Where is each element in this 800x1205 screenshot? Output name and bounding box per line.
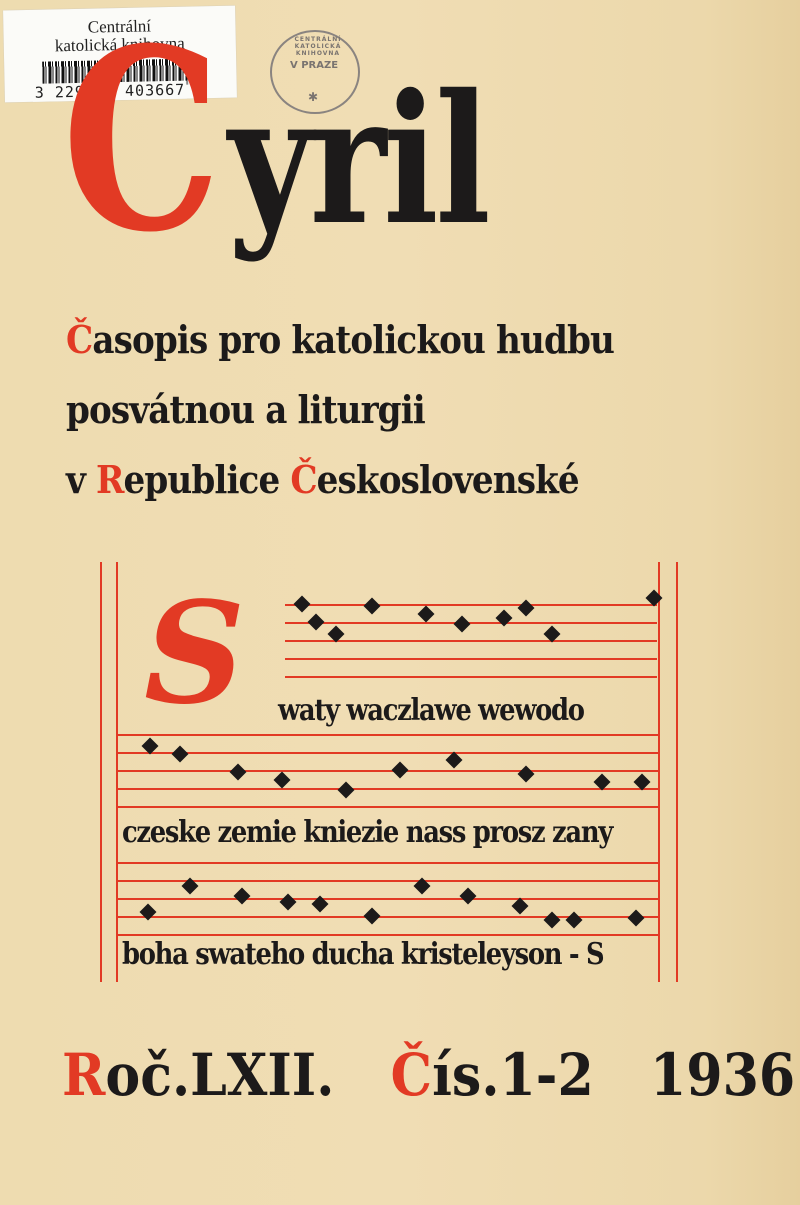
note [418, 606, 435, 623]
subtitle-line-2: posvátnou a liturgii [66, 388, 425, 432]
note [364, 908, 381, 925]
staff-line [118, 770, 658, 772]
subtitle-v: v [66, 457, 96, 502]
subtitle-initial-c: Č [66, 317, 92, 362]
staff-line [285, 640, 657, 642]
staff-line [118, 898, 658, 900]
note [628, 910, 645, 927]
chant-notation: S waty waczlawe wewodo czeske zemie knie… [100, 562, 680, 982]
staff-border-left-inner [116, 562, 118, 982]
staff-border-right-inner [658, 562, 660, 982]
staff-line [118, 862, 658, 864]
note [364, 598, 381, 615]
note [566, 912, 583, 929]
subtitle-line-1-text: asopis pro katolickou hudbu [92, 317, 614, 362]
cislo-text: ís.1-2 [432, 1041, 594, 1109]
staff-line [285, 658, 657, 660]
staff-border-left-outer [100, 562, 102, 982]
subtitle-line-3: v Republice Československé [66, 458, 579, 502]
staff-line [118, 880, 658, 882]
note [338, 782, 355, 799]
note [294, 596, 311, 613]
chant-lyric-2: czeske zemie kniezie nass prosz zany [122, 816, 612, 850]
rocnik-initial: R [62, 1041, 105, 1109]
staff-line [285, 622, 657, 624]
subtitle-initial-c2: Č [290, 457, 316, 502]
note [512, 898, 529, 915]
staff-line [118, 788, 658, 790]
subtitle-line-1: Časopis pro katolickou hudbu [66, 318, 614, 362]
rocnik-text: oč.LXII. [105, 1041, 334, 1109]
masthead-initial: C [62, 40, 221, 240]
chant-initial-s: S [144, 584, 245, 724]
cislo-initial: Č [391, 1041, 433, 1109]
note [392, 762, 409, 779]
issue-info: Roč.LXII. Čís.1-2 1936 [62, 1040, 795, 1110]
staff-border-right-outer [676, 562, 678, 982]
note [308, 614, 325, 631]
staff-line [118, 806, 658, 808]
staff-line [285, 676, 657, 678]
subtitle-initial-r: R [96, 457, 124, 502]
note [446, 752, 463, 769]
note [234, 888, 251, 905]
note [172, 746, 189, 763]
staff-line [285, 604, 657, 606]
staff-line [118, 934, 658, 936]
chant-lyric-3: boha swateho ducha kristeleyson - S [122, 938, 603, 972]
subtitle-republice: epublice [124, 457, 291, 502]
note [518, 600, 535, 617]
note [518, 766, 535, 783]
note [280, 894, 297, 911]
note [544, 912, 561, 929]
issue-year: 1936 [650, 1041, 795, 1109]
staff-line [118, 734, 658, 736]
stamp-ring-text: CENTRÁLNÍ KATOLICKÁ KNIHOVNA [278, 36, 358, 57]
note [454, 616, 471, 633]
masthead-title: yril [228, 60, 487, 260]
note [274, 772, 291, 789]
note [230, 764, 247, 781]
subtitle-ceskoslovenske: eskoslovenské [317, 457, 579, 502]
staff-line [118, 752, 658, 754]
note [460, 888, 477, 905]
chant-lyric-1: waty waczlawe wewodo [278, 694, 584, 728]
